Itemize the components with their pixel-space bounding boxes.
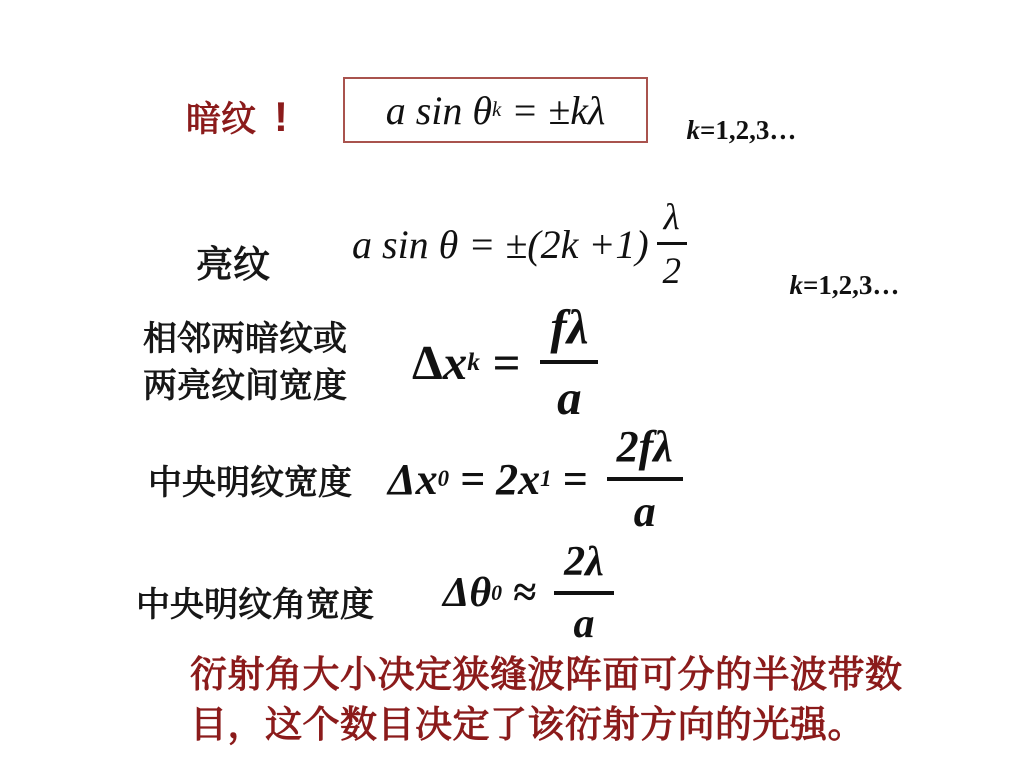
formula-subscript-0: 0	[438, 466, 449, 492]
central-width-label: 中央明纹宽度	[148, 455, 352, 504]
variable-x: x	[443, 334, 468, 391]
delta-theta: Δθ	[443, 569, 491, 617]
dark-fringe-label: 暗纹!	[186, 92, 288, 142]
dark-fringe-formula: a sin θk = ±kλ	[386, 87, 606, 134]
fringe-spacing-formula: Δxk = fλa	[412, 302, 598, 422]
exclamation-mark: !	[274, 93, 288, 140]
fraction-numerator: λ	[657, 196, 687, 245]
fraction-numerator: 2fλ	[607, 421, 683, 481]
fringe-spacing-label: 相邻两暗纹或 两亮纹间宽度	[143, 316, 347, 410]
bright-fringe-formula: a sin θ = ±(2k +1)λ2	[352, 190, 687, 298]
dark-fringe-k-range: k=1,2,3…	[673, 84, 796, 146]
central-angle-label: 中央明纹角宽度	[136, 577, 374, 626]
dark-fringe-formula-box: a sin θk = ±kλ	[343, 77, 648, 143]
formula-subscript-1: 1	[540, 466, 551, 492]
equals-sign: =	[552, 454, 599, 505]
fraction-2lambda-over-a: 2λa	[554, 538, 614, 648]
fringe-spacing-label-line1: 相邻两暗纹或	[143, 316, 347, 363]
k-values: =1,2,3…	[700, 115, 796, 145]
approx-sign: ≈	[502, 569, 546, 617]
fraction-denominator: 2	[662, 245, 681, 293]
footer-note-line1: 衍射角大小决定狭缝波阵面可分的半波带数	[190, 650, 903, 700]
k-symbol: k	[687, 115, 701, 145]
formula-rhs: = ±kλ	[501, 87, 605, 134]
fraction-flambda-over-a: fλa	[540, 298, 598, 426]
central-angle-formula: Δθ0 ≈ 2λa	[443, 537, 614, 649]
formula-subscript-k: k	[467, 347, 480, 377]
fraction-numerator: fλ	[540, 298, 598, 364]
k-values: =1,2,3…	[803, 270, 899, 300]
fraction-denominator: a	[557, 364, 582, 426]
footer-note-line2: 目，这个数目决定了该衍射方向的光强。	[190, 700, 903, 750]
delta-x: Δx	[388, 454, 438, 505]
fraction-2flambda-over-a: 2fλa	[607, 421, 683, 537]
bright-fringe-label: 亮纹	[196, 234, 270, 288]
footer-note: 衍射角大小决定狭缝波阵面可分的半波带数 目，这个数目决定了该衍射方向的光强。	[190, 650, 903, 750]
formula-subscript-k: k	[492, 98, 501, 122]
fraction-numerator: 2λ	[554, 538, 614, 595]
formula-subscript-0: 0	[491, 581, 502, 606]
delta-symbol: Δ	[412, 334, 443, 391]
fringe-spacing-label-line2: 两亮纹间宽度	[143, 363, 347, 410]
fraction-denominator: a	[573, 595, 594, 648]
fraction-denominator: a	[634, 481, 656, 537]
dark-fringe-label-text: 暗纹	[186, 100, 256, 139]
equals-2x: = 2x	[449, 454, 540, 505]
slide-canvas: { "colors": { "maroon": "#8b1b1b", "box-…	[0, 0, 1024, 773]
fraction-lambda-over-2: λ2	[657, 196, 687, 293]
formula-lhs: a sin θ	[386, 87, 492, 134]
central-width-formula: Δx0 = 2x1 = 2fλa	[388, 423, 683, 535]
k-symbol: k	[790, 270, 804, 300]
formula-main: a sin θ = ±(2k +1)	[352, 221, 649, 268]
equals-sign: =	[480, 334, 532, 391]
bright-fringe-k-range: k=1,2,3…	[776, 239, 899, 301]
